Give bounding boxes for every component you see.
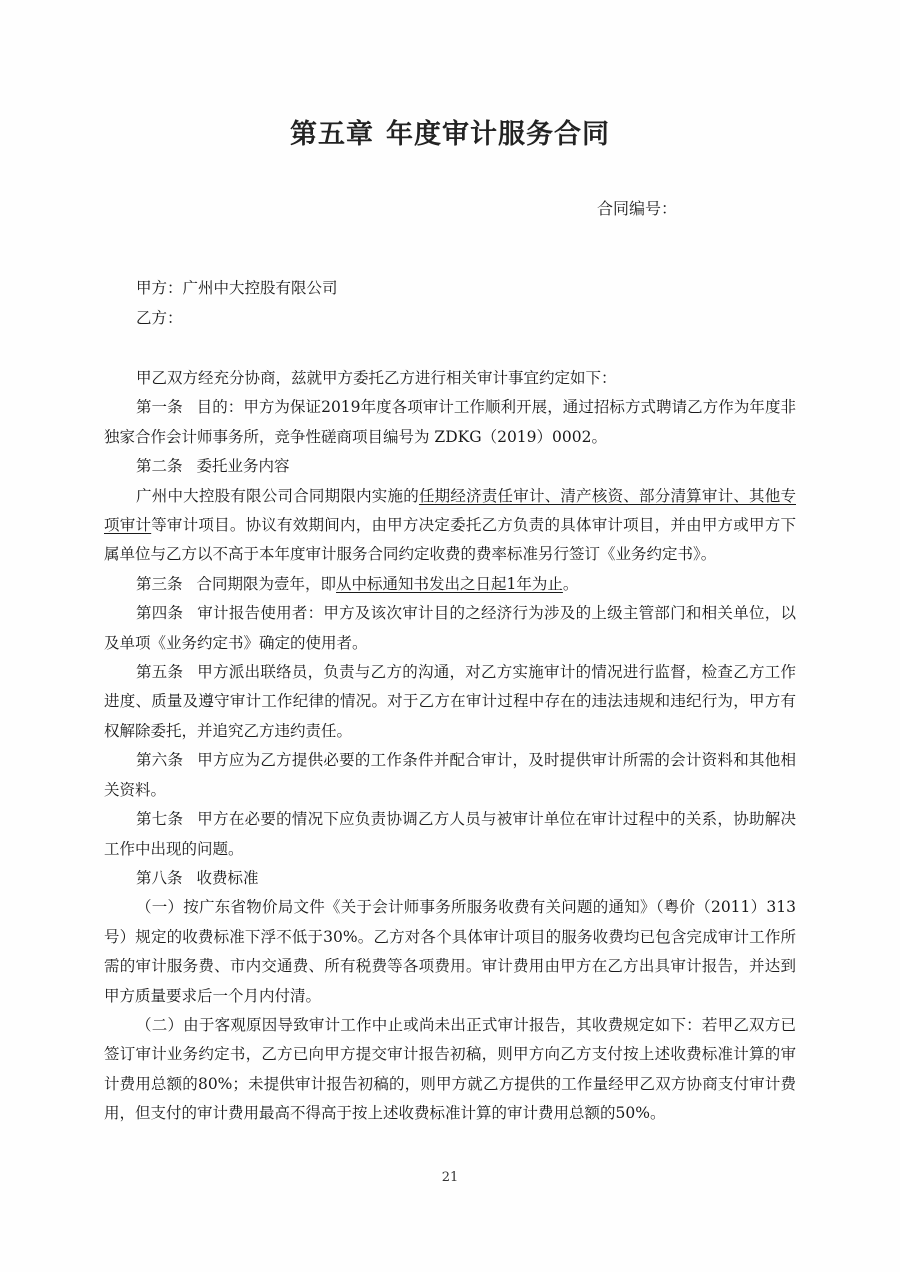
article-2: 第二条委托业务内容 (104, 452, 796, 481)
document-page: 第五章年度审计服务合同 合同编号： 甲方：广州中大控股有限公司 乙方： 甲乙双方… (0, 0, 900, 1272)
article-text: 目的：甲方为保证2019年度各项审计工作顺利开展，通过招标方式聘请乙方作为年度非… (104, 398, 796, 445)
contract-body: 甲乙双方经充分协商，兹就甲方委托乙方进行相关审计事宜约定如下： 第一条目的：甲方… (104, 364, 796, 1129)
underlined-text: 从中标通知书发出之日起1年为止 (336, 575, 563, 593)
article-label: 第一条 (136, 398, 183, 416)
article-5: 第五条甲方派出联络员，负责与乙方的沟通，对乙方实施审计的情况进行监督，检查乙方工… (104, 658, 796, 746)
page-title: 第五章年度审计服务合同 (0, 112, 900, 151)
article-6: 第六条甲方应为乙方提供必要的工作条件并配合审计，及时提供审计所需的会计资料和其他… (104, 746, 796, 805)
fee-clause-2: （二）由于客观原因导致审计工作中止或尚未出正式审计报告，其收费规定如下：若甲乙双… (104, 1011, 796, 1129)
article-label: 第二条 (136, 457, 183, 475)
article-text: 甲方在必要的情况下应负责协调乙方人员与被审计单位在审计过程中的关系，协助解决工作… (104, 810, 796, 857)
article-2-content: 广州中大控股有限公司合同期限内实施的任期经济责任审计、清产核资、部分清算审计、其… (104, 482, 796, 570)
article-4: 第四条审计报告使用者：甲方及该次审计目的之经济行为涉及的上级主管部门和相关单位，… (104, 599, 796, 658)
article-label: 第三条 (136, 575, 183, 593)
text-segment: 合同期限为壹年，即 (197, 575, 337, 593)
article-text: 审计报告使用者：甲方及该次审计目的之经济行为涉及的上级主管部门和相关单位，以及单… (104, 604, 796, 651)
article-label: 第六条 (136, 751, 183, 769)
article-7: 第七条甲方在必要的情况下应负责协调乙方人员与被审计单位在审计过程中的关系，协助解… (104, 805, 796, 864)
article-label: 第五条 (136, 663, 183, 681)
article-text: 甲方派出联络员，负责与乙方的沟通，对乙方实施审计的情况进行监督，检查乙方工作进度… (104, 663, 796, 740)
article-1: 第一条目的：甲方为保证2019年度各项审计工作顺利开展，通过招标方式聘请乙方作为… (104, 393, 796, 452)
fee-clause-1: （一）按广东省物价局文件《关于会计师事务所服务收费有关问题的通知》（粤价（201… (104, 893, 796, 1011)
article-8: 第八条收费标准 (104, 864, 796, 893)
article-3: 第三条合同期限为壹年，即从中标通知书发出之日起1年为止。 (104, 570, 796, 599)
page-number: 21 (0, 1170, 900, 1185)
article-text: 甲方应为乙方提供必要的工作条件并配合审计，及时提供审计所需的会计资料和其他相关资… (104, 751, 796, 798)
text-segment: 广州中大控股有限公司合同期限内实施的 (136, 487, 419, 505)
article-label: 第八条 (136, 869, 183, 887)
contract-title: 年度审计服务合同 (386, 119, 610, 150)
chapter-label: 第五章 (290, 119, 374, 150)
text-segment: 。 (563, 575, 579, 593)
text-segment: 等审计项目。协议有效期间内，由甲方决定委托乙方负责的具体审计项目，并由甲方或甲方… (104, 516, 796, 563)
party-a: 甲方：广州中大控股有限公司 (136, 276, 338, 298)
article-text: 收费标准 (197, 869, 259, 887)
article-label: 第四条 (136, 604, 183, 622)
intro-paragraph: 甲乙双方经充分协商，兹就甲方委托乙方进行相关审计事宜约定如下： (104, 364, 796, 393)
contract-number-label: 合同编号： (597, 196, 677, 219)
article-text: 委托业务内容 (197, 457, 290, 475)
party-b: 乙方： (136, 306, 183, 328)
article-label: 第七条 (136, 810, 183, 828)
